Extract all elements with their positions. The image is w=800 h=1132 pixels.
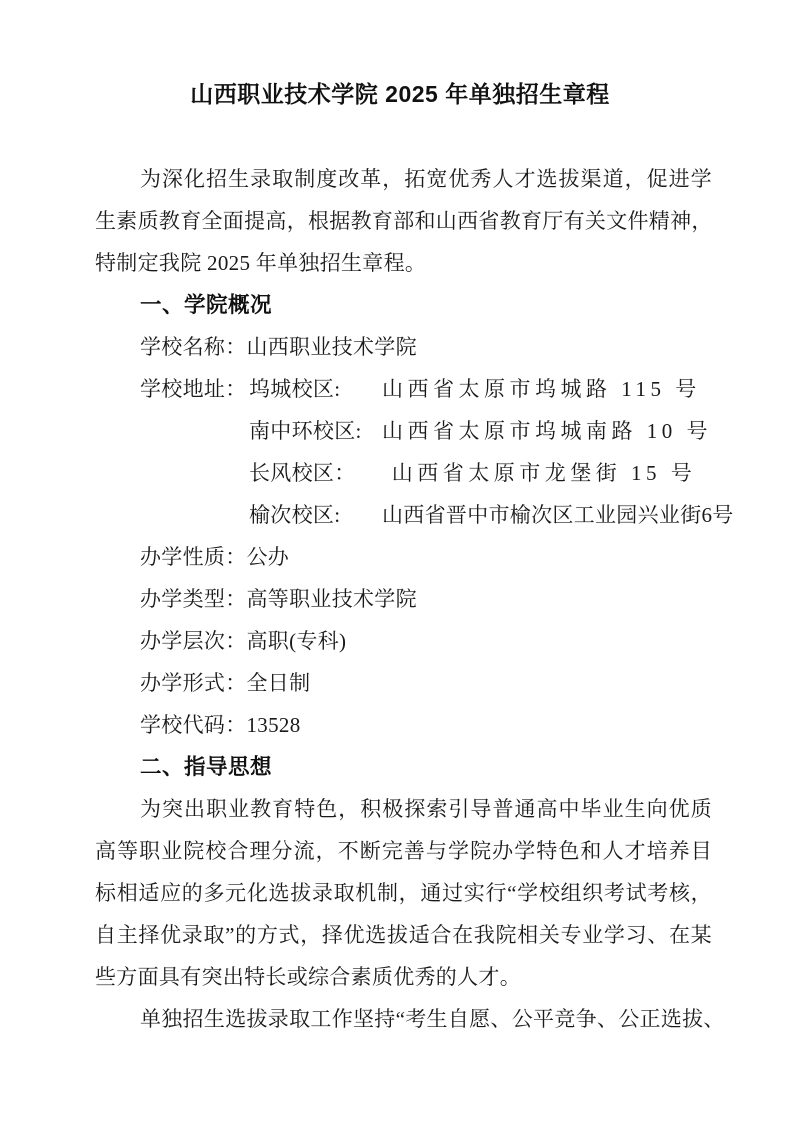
address-block-label: 学校地址： <box>140 368 249 410</box>
field-value: 13528 <box>247 713 301 737</box>
paragraph-line: 特制定我院 2025 年单独招生章程。 <box>95 242 712 284</box>
campus-address: 山西省太原市龙堡街 15 号 <box>382 452 696 494</box>
paragraph-line: 单独招生选拔录取工作坚持“考生自愿、公平竞争、公正选拔、 <box>95 998 712 1040</box>
field-label: 办学形式： <box>140 671 247 695</box>
campus-name: 坞城校区: <box>249 368 382 410</box>
campus-row: 长风校区： 山西省太原市龙堡街 15 号 <box>95 452 712 494</box>
field-label: 办学类型： <box>140 587 247 611</box>
paragraph-line: 标相适应的多元化选拔录取机制，通过实行“学校组织考试考核， <box>95 872 712 914</box>
document-page: 山西职业技术学院 2025 年单独招生章程 为深化招生录取制度改革，拓宽优秀人才… <box>0 0 800 1132</box>
paragraph-line: 自主择优录取”的方式，择优选拔适合在我院相关专业学习、在某 <box>95 914 712 956</box>
field-label: 学校代码： <box>140 713 247 737</box>
campus-name: 长风校区： <box>249 452 382 494</box>
paragraph-line: 些方面具有突出特长或综合素质优秀的人才。 <box>95 956 712 998</box>
address-block-label <box>140 494 249 536</box>
field-value: 全日制 <box>247 671 311 695</box>
campus-address: 山西省太原市坞城南路 10 号 <box>382 410 712 452</box>
field-label: 学校名称： <box>140 335 247 359</box>
field-row: 学校名称：山西职业技术学院 <box>95 326 712 368</box>
campus-row: 榆次校区:山西省晋中市榆次区工业园兴业街6号 <box>95 494 712 536</box>
document-title: 山西职业技术学院 2025 年单独招生章程 <box>0 72 800 116</box>
field-label: 办学层次： <box>140 629 247 653</box>
campus-address: 山西省晋中市榆次区工业园兴业街6号 <box>382 494 734 536</box>
field-value: 高等职业技术学院 <box>247 587 417 611</box>
section-heading: 二、指导思想 <box>95 746 712 788</box>
campus-name: 南中环校区: <box>249 410 382 452</box>
field-row: 办学层次：高职(专科) <box>95 620 712 662</box>
paragraph-line: 生素质教育全面提高，根据教育部和山西省教育厅有关文件精神， <box>95 200 712 242</box>
paragraph-line: 为突出职业教育特色，积极探索引导普通高中毕业生向优质 <box>95 788 712 830</box>
field-value: 山西职业技术学院 <box>247 335 417 359</box>
section-heading: 一、学院概况 <box>95 284 712 326</box>
field-row: 办学类型：高等职业技术学院 <box>95 578 712 620</box>
field-row: 办学性质：公办 <box>95 536 712 578</box>
field-value: 高职(专科) <box>247 629 347 653</box>
campus-address: 山西省太原市坞城路 115 号 <box>382 368 701 410</box>
paragraph-line: 为深化招生录取制度改革，拓宽优秀人才选拔渠道，促进学 <box>95 158 712 200</box>
paragraph-line: 高等职业院校合理分流，不断完善与学院办学特色和人才培养目 <box>95 830 712 872</box>
field-row: 学校代码：13528 <box>95 704 712 746</box>
document-body: 为深化招生录取制度改革，拓宽优秀人才选拔渠道，促进学生素质教育全面提高，根据教育… <box>0 158 712 1040</box>
campus-row: 南中环校区:山西省太原市坞城南路 10 号 <box>95 410 712 452</box>
address-block-label <box>140 410 249 452</box>
campus-name: 榆次校区: <box>249 494 382 536</box>
campus-row: 学校地址：坞城校区:山西省太原市坞城路 115 号 <box>95 368 712 410</box>
address-block-label <box>140 452 249 494</box>
field-value: 公办 <box>247 545 290 569</box>
field-label: 办学性质： <box>140 545 247 569</box>
field-row: 办学形式：全日制 <box>95 662 712 704</box>
